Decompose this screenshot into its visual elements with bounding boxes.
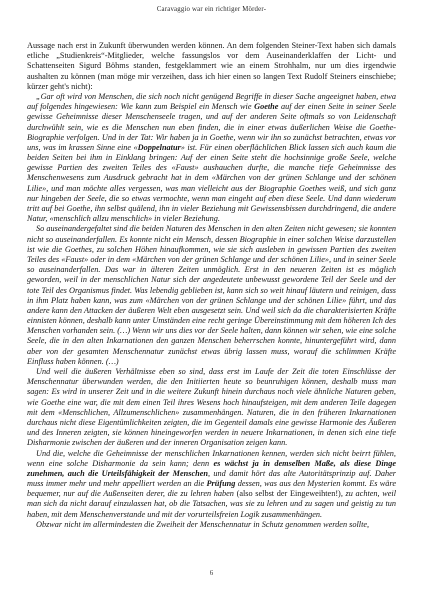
text-run: Und weil die äußeren Verhältnisse eben s… [27, 367, 396, 447]
text-run: Aussage nach erst in Zukunft überwunden … [27, 41, 396, 91]
text-run: Obzwar nicht im allermindesten die Zweih… [36, 520, 369, 529]
emphasis-text: Goethe [254, 102, 278, 111]
emphasis-text: Prüfung [206, 479, 235, 488]
running-header: Caravaggio war ein richtiger Mörder- [0, 6, 423, 13]
text-run: (also selbst der Eingeweihten!) [237, 489, 341, 498]
emphasis-text: Doppelnatur [138, 143, 181, 152]
text-run: » ist. Für einen oberflächlichen Blick l… [27, 143, 396, 223]
body-text: Aussage nach erst in Zukunft überwunden … [27, 41, 396, 530]
text-run: So auseinandergefaltet sind die beiden N… [27, 224, 396, 365]
paragraph: Und die, welche die Geheimnisse der mens… [27, 449, 396, 520]
page-number: 6 [0, 569, 423, 577]
paragraph: Und weil die äußeren Verhältnisse eben s… [27, 367, 396, 449]
document-page: Caravaggio war ein richtiger Mörder- Aus… [0, 0, 423, 598]
paragraph: Obzwar nicht im allermindesten die Zweih… [27, 520, 396, 530]
paragraph: „Gar oft wird von Menschen, die sich noc… [27, 92, 396, 224]
paragraph: So auseinandergefaltet sind die beiden N… [27, 224, 396, 367]
paragraph: Aussage nach erst in Zukunft überwunden … [27, 41, 396, 92]
